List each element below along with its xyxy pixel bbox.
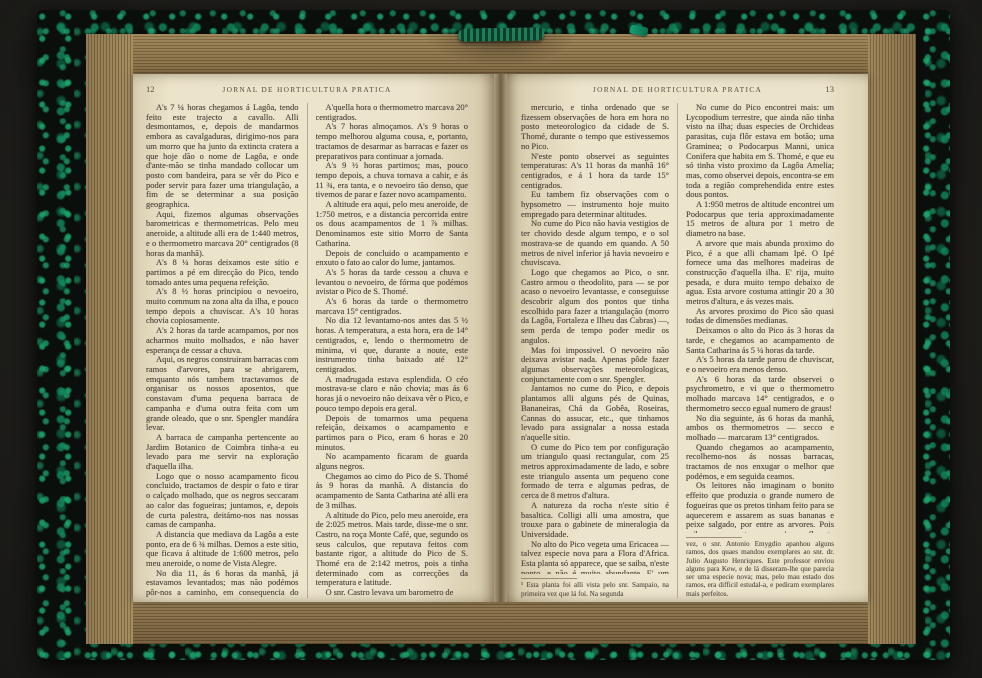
paragraph: A distancia que mediava da Lagôa a este … <box>146 530 299 569</box>
paragraph: No alto do Pico vegeta uma Ericacea — ta… <box>521 540 669 575</box>
paragraph: Aqui, os negros construiram barracas com… <box>146 355 299 433</box>
paragraph: Deixamos o alto do Pico ás 3 horas da ta… <box>686 326 834 355</box>
page-13-header: JORNAL DE HORTICULTURA PRATICA 13 <box>521 84 834 94</box>
paragraph: A's 5 horas da tarde parou de chuviscar,… <box>686 355 834 374</box>
column-paragraphs: A'quella hora o thermometro marcava 20° … <box>316 103 469 598</box>
paragraph: A barraca de campanha pertencente ao Jar… <box>146 433 299 472</box>
paragraph: mercurio, e tinha ordenado que se fizess… <box>521 103 669 152</box>
page-13-content: JORNAL DE HORTICULTURA PRATICA 13 mercur… <box>521 84 834 598</box>
paragraph: O snr. Castro levava um barometro de <box>316 588 469 598</box>
footnote-left: ¹ Esta planta foi alli vista pelo snr. S… <box>521 578 669 598</box>
paragraph: No dia 12 levantamo-nos antes das 5 ½ ho… <box>316 316 469 374</box>
footnote-right: vez, o snr. Antonio Emygdio apanhou algu… <box>686 537 834 598</box>
paragraph: Jantamos no cume do Pico, e depois plant… <box>521 384 669 442</box>
page-13-column-2: No cume do Pico encontrei mais: um Lycop… <box>686 103 834 598</box>
paragraph: A's 8 ¼ horas deixamos este sitio e part… <box>146 258 299 287</box>
running-head-right: JORNAL DE HORTICULTURA PRATICA <box>555 85 800 94</box>
paragraph: A 1:950 metros de altitude encontrei um … <box>686 200 834 239</box>
open-pages: 12 JORNAL DE HORTICULTURA PRATICA A's 7 … <box>133 74 868 602</box>
paragraph: Logo que o nosso acampamento ficou concl… <box>146 472 299 530</box>
page-edge-stack: 12 JORNAL DE HORTICULTURA PRATICA A's 7 … <box>86 34 916 644</box>
paragraph: No dia seguinte, ás 6 horas da manhã, am… <box>686 414 834 443</box>
column-paragraphs: mercurio, e tinha ordenado que se fizess… <box>521 103 669 574</box>
paragraph: N'este ponto observei as seguintes tempe… <box>521 152 669 191</box>
paragraph: A's 8 ½ horas principiou o nevoeiro, mui… <box>146 287 299 326</box>
paragraph: A's 6 horas da tarde o thermometro marca… <box>316 297 469 316</box>
column-divider <box>307 103 308 598</box>
paragraph: A altitude era aqui, pelo meu aneroide, … <box>316 200 469 249</box>
paragraph: Chegamos ao cimo do Pico de S. Thomé ás … <box>316 472 469 511</box>
paragraph: A's 5 horas da tarde cessou a chuva e le… <box>316 268 469 297</box>
book-gutter <box>494 74 507 602</box>
paragraph: No cume do Pico encontrei mais: um Lycop… <box>686 103 834 200</box>
column-divider <box>677 103 678 598</box>
page-13-column-1: mercurio, e tinha ordenado que se fizess… <box>521 103 669 598</box>
paragraph: A'quella hora o thermometro marcava 20° … <box>316 103 469 122</box>
page-12-column-2: A'quella hora o thermometro marcava 20° … <box>316 103 469 598</box>
paragraph: No dia 11, ás 6 horas da manhã, já estav… <box>146 569 299 598</box>
paragraph: A natureza da rocha n'este sitio é basal… <box>521 501 669 540</box>
paragraph: A's 6 horas da tarde observei o psychrom… <box>686 375 834 414</box>
paragraph: A madrugada estava esplendida. O céo mos… <box>316 375 469 414</box>
page-number-left: 12 <box>146 84 180 94</box>
paragraph: O cume do Pico tem por configuração um t… <box>521 443 669 501</box>
page-13[interactable]: JORNAL DE HORTICULTURA PRATICA 13 mercur… <box>507 74 868 602</box>
paragraph: A's 9 ½ horas partimos; mas, pouco tempo… <box>316 161 469 200</box>
column-paragraphs: A's 7 ¼ horas chegamos á Lagôa, tendo fe… <box>146 103 299 598</box>
page-edges-bottom <box>86 602 916 644</box>
paragraph: A altitude do Pico, pelo meu aneroide, e… <box>316 511 469 589</box>
paragraph: Eu tambem fiz observações com o hypsomet… <box>521 190 669 219</box>
page-12-column-1: A's 7 ¼ horas chegamos á Lagôa, tendo fe… <box>146 103 299 598</box>
photo-background: { "colors":{ "background":"#201f1c", "co… <box>0 0 982 678</box>
column-paragraphs: No cume do Pico encontrei mais: um Lycop… <box>686 103 834 533</box>
page-12-header: 12 JORNAL DE HORTICULTURA PRATICA <box>146 84 468 94</box>
paragraph: No cume do Pico não havia vestigios de t… <box>521 219 669 268</box>
page-edges-right <box>868 34 916 644</box>
paragraph: Os leitores não imaginam o bonito effeit… <box>686 481 834 533</box>
paragraph: Depois de concluido o acampamento e enxu… <box>316 249 469 268</box>
paragraph: A arvore que mais abunda proximo do Pico… <box>686 239 834 307</box>
paragraph: A's 7 ¼ horas chegamos á Lagôa, tendo fe… <box>146 103 299 210</box>
paragraph: A's 2 horas da tarde acampamos, por nos … <box>146 326 299 355</box>
page-12-columns: A's 7 ¼ horas chegamos á Lagôa, tendo fe… <box>146 103 468 598</box>
running-head-left: JORNAL DE HORTICULTURA PRATICA <box>180 85 434 94</box>
paragraph: As arvores proximo do Pico são quasi tod… <box>686 307 834 326</box>
paragraph: No acampamento ficaram de guarda alguns … <box>316 452 469 471</box>
paragraph: Aqui, fizemos algumas observações barome… <box>146 210 299 259</box>
page-edges-left <box>86 34 133 644</box>
page-number-right: 13 <box>800 84 834 94</box>
paragraph: Depois de tomarmos uma pequena refeição,… <box>316 414 469 453</box>
open-book: 12 JORNAL DE HORTICULTURA PRATICA A's 7 … <box>37 10 950 660</box>
paragraph: Quando chegamos ao acampamento, recolhem… <box>686 443 834 482</box>
paragraph: A's 7 horas almoçamos. A's 9 horas o tem… <box>316 122 469 161</box>
headband <box>458 27 544 41</box>
paragraph: Logo que chegamos ao Pico, o snr. Castro… <box>521 268 669 346</box>
page-12[interactable]: 12 JORNAL DE HORTICULTURA PRATICA A's 7 … <box>133 74 494 602</box>
page-12-content: 12 JORNAL DE HORTICULTURA PRATICA A's 7 … <box>146 84 468 598</box>
paragraph: Mas foi impossivel. O nevoeiro não deixa… <box>521 346 669 385</box>
page-13-columns: mercurio, e tinha ordenado que se fizess… <box>521 103 834 598</box>
